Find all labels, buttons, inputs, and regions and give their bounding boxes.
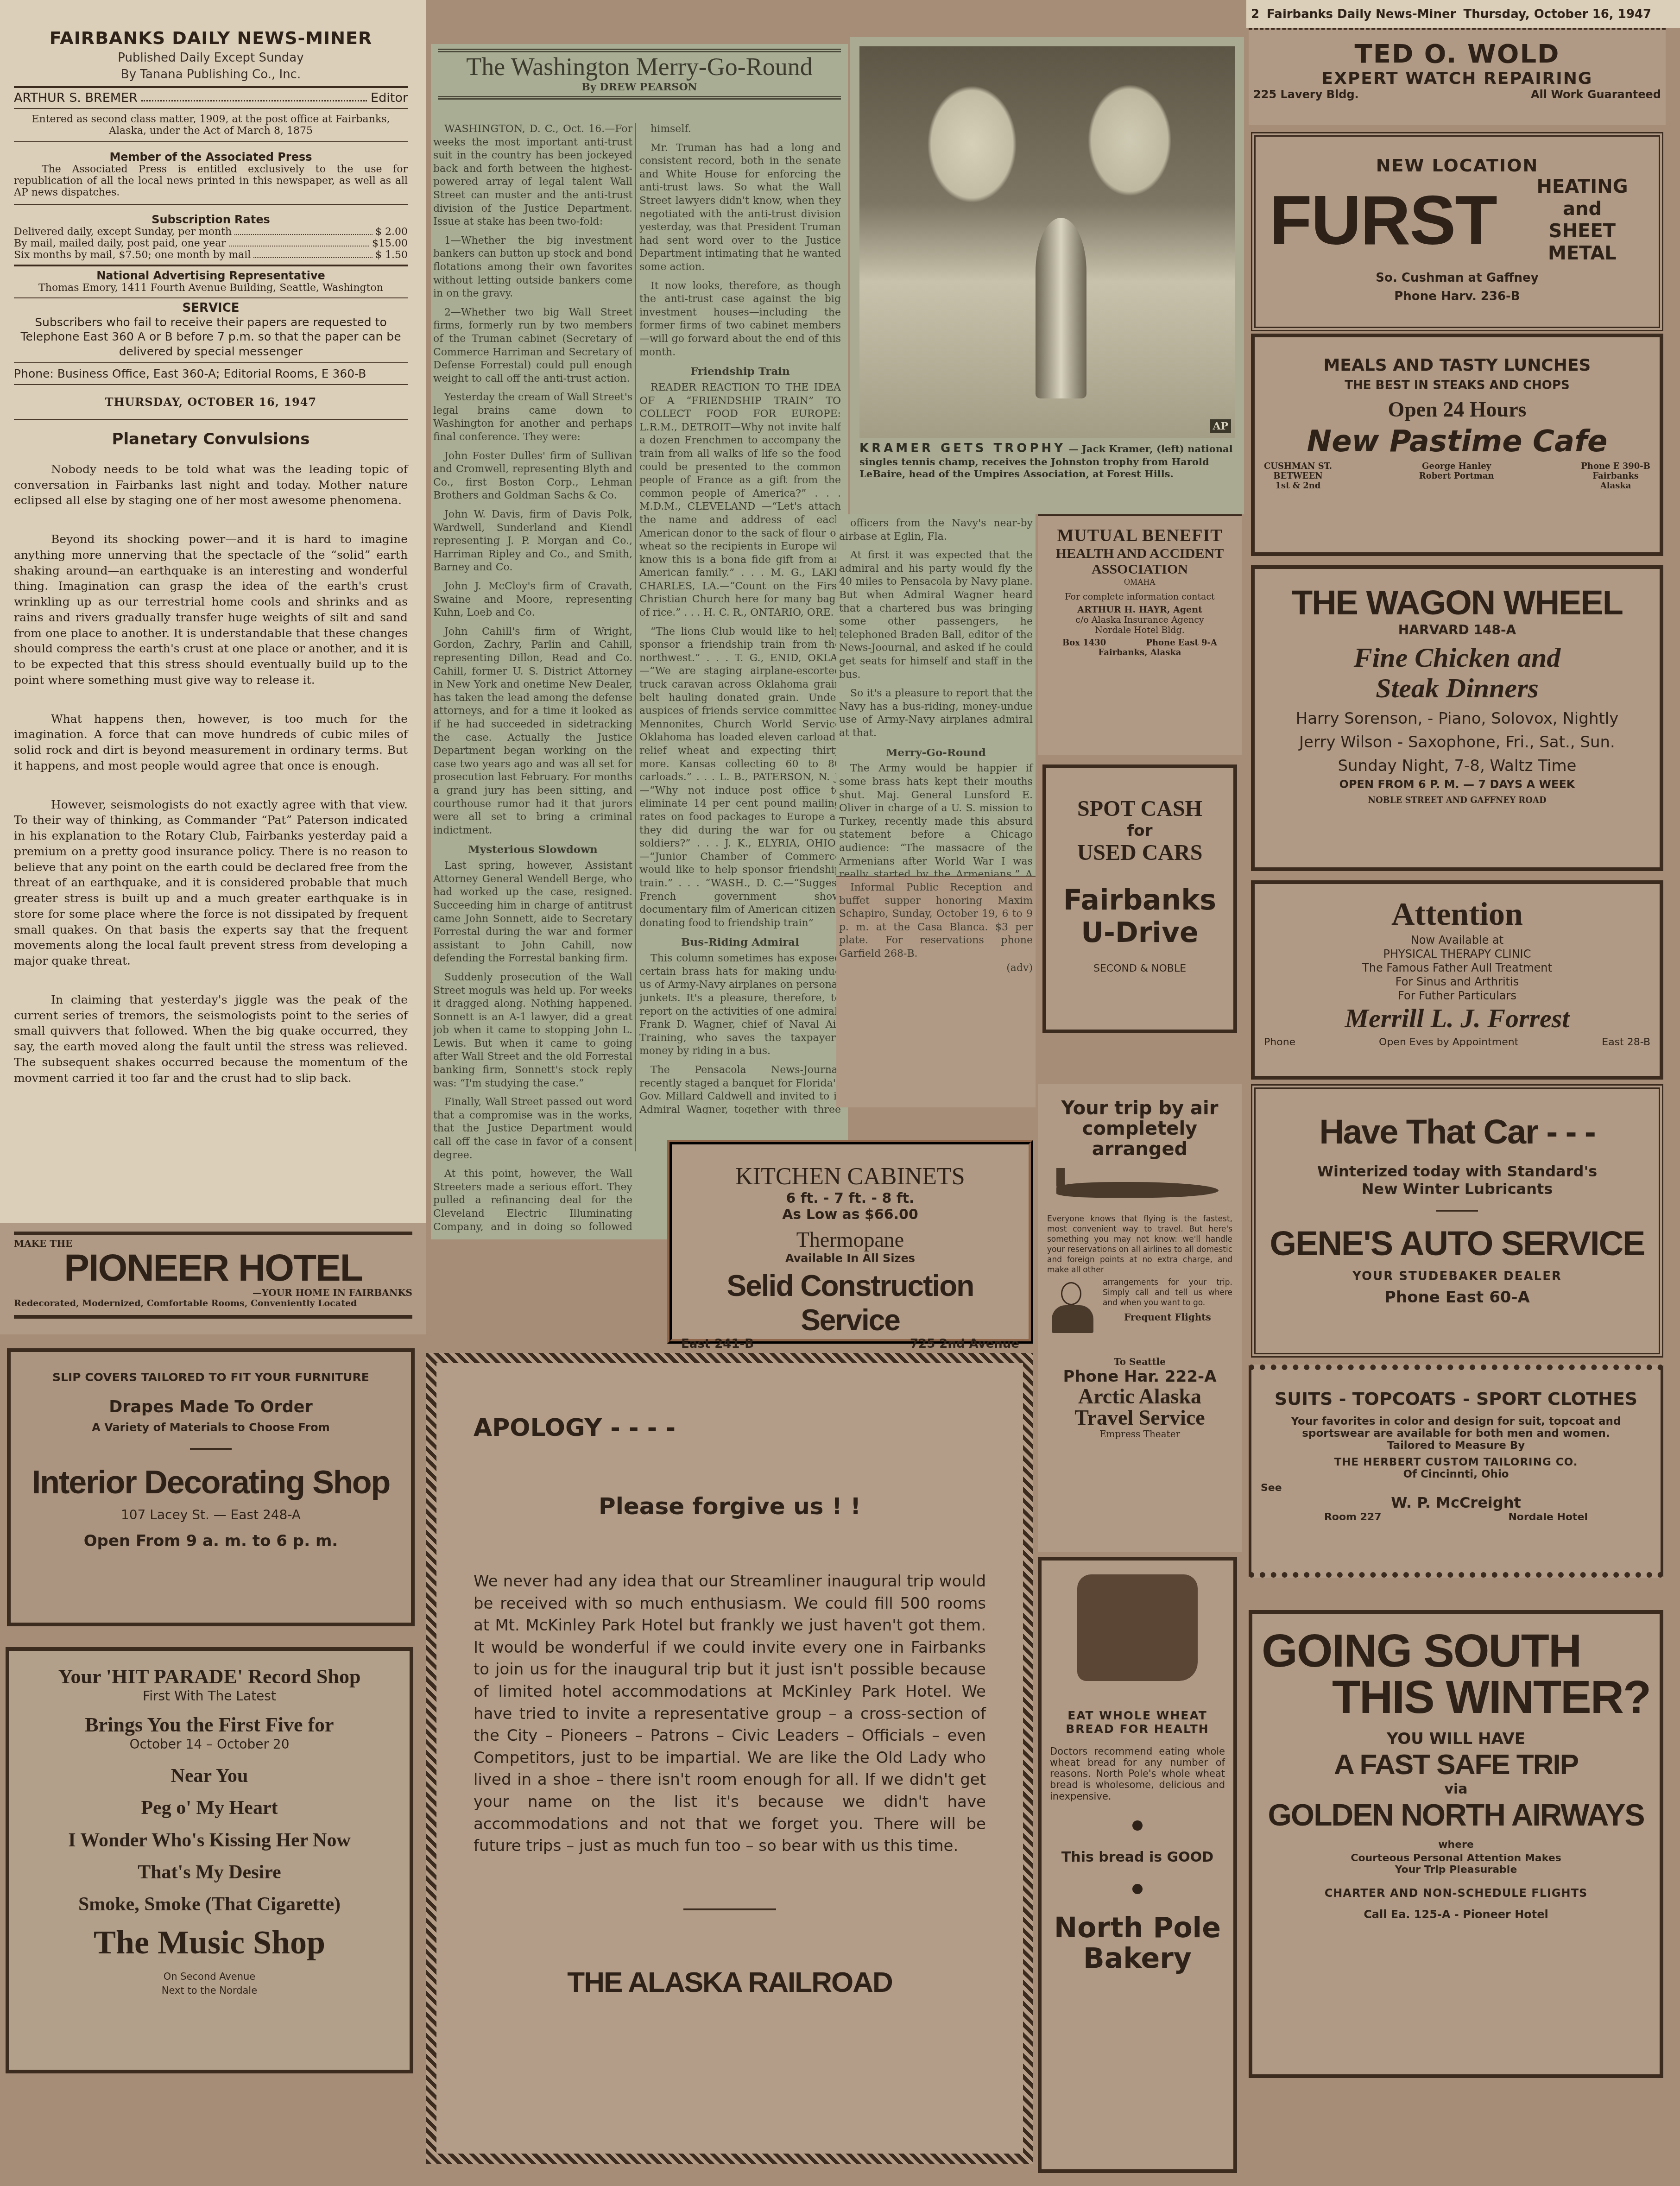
kitchen-sizes: 6 ft. - 7 ft. - 8 ft. (681, 1190, 1019, 1207)
wagon-wheel-phone: HARVARD 148-A (1264, 622, 1650, 638)
attention-line: The Famous Father Aull Treatment (1264, 961, 1650, 975)
arctic-name1: Arctic Alaska (1047, 1386, 1232, 1407)
bakery-name1: North Pole (1050, 1913, 1225, 1943)
mgr-paragraph: The Pensacola News-Journal recently stag… (639, 1064, 841, 1114)
ted-wold-guarantee: All Work Guaranteed (1531, 88, 1661, 101)
golden-line4: A FAST SAFE TRIP (1262, 1748, 1650, 1781)
song-list: Near YouPeg o' My HeartI Wonder Who's Ki… (19, 1760, 400, 1921)
mgr-col-2: himself.Mr. Truman has had a long and co… (639, 123, 841, 1114)
genes-line1: Winterized today with Standard's (1269, 1162, 1645, 1180)
wagon-wheel-tag2: Steak Dinners (1264, 673, 1650, 703)
wagon-wheel-line: Harry Sorenson, - Piano, Solovox, Nightl… (1264, 707, 1650, 731)
wagon-wheel-line: Sunday Night, 7-8, Waltz Time (1264, 754, 1650, 778)
mutual-agent: ARTHUR H. HAYR, Agent (1042, 605, 1237, 615)
music-dates: October 14 – October 20 (19, 1737, 400, 1752)
suits-see: See (1261, 1482, 1651, 1494)
reception-text: Informal Public Reception and buffet sup… (839, 881, 1033, 961)
kitchen-title: KITCHEN CABINETS (681, 1163, 1019, 1190)
arctic-frequent: Frequent Flights (1103, 1312, 1232, 1323)
mutual-name2: HEALTH AND ACCIDENT (1042, 546, 1237, 562)
mutual-box: Box 1430 (1062, 638, 1106, 648)
kitchen-phone: East 241-B (681, 1337, 754, 1351)
nat-adv-text: Thomas Emory, 1411 Fourth Avenue Buildin… (14, 282, 408, 294)
song-title: Near You (19, 1760, 400, 1792)
bread-illustration-icon (1077, 1574, 1198, 1681)
golden-tag: Courteous Personal Attention Makes Your … (1350, 1852, 1563, 1876)
genes-line2: New Winter Lubricants (1269, 1180, 1645, 1198)
editorial-title: Planetary Convulsions (14, 430, 408, 449)
ad-ted-wold: TED O. WOLD EXPERT WATCH REPAIRING 225 L… (1249, 28, 1666, 125)
golden-where: where (1262, 1839, 1650, 1851)
editor-line: ARTHUR S. BREMER Editor (14, 91, 408, 105)
mutual-bldg: Nordale Hotel Bldg. (1042, 625, 1237, 635)
genes-headline: Have That Car - - - (1269, 1112, 1645, 1151)
bullet-icon (1132, 1820, 1143, 1831)
ted-wold-line: EXPERT WATCH REPAIRING (1253, 69, 1661, 88)
bakery-good: This bread is GOOD (1050, 1849, 1225, 1865)
ad-mutual-benefit: MUTUAL BENEFIT HEALTH AND ACCIDENT ASSOC… (1038, 514, 1242, 755)
mgr-paragraph: At this point, however, the Wall Streete… (433, 1168, 632, 1235)
pastime-line1: MEALS AND TASTY LUNCHES (1264, 356, 1650, 375)
service-text: Subscribers who fail to receive their pa… (14, 315, 408, 359)
music-brings: Brings You the First Five for (19, 1713, 400, 1737)
mutual-phone: Phone East 9-A (1146, 638, 1217, 648)
photo-block: AP KRAMER GETS TROPHY — Jack Kramer, (le… (850, 37, 1244, 514)
pastime-contact-line: Phone E 390-B (1581, 461, 1650, 471)
agent-illustration-icon (1047, 1277, 1103, 1347)
arctic-name2: Travel Service (1047, 1407, 1232, 1428)
mgr-title: The Washington Merry-Go-Round (431, 52, 848, 81)
song-title: That's My Desire (19, 1857, 400, 1889)
editor-role: Editor (371, 91, 408, 105)
song-title: Smoke, Smoke (That Cigarette) (19, 1889, 400, 1921)
suits-tailored: Tailored to Measure By (1261, 1440, 1651, 1452)
rate-row: Six months by mail, $7.50; one month by … (14, 249, 408, 261)
ad-kitchen-cabinets: KITCHEN CABINETS 6 ft. - 7 ft. - 8 ft. A… (667, 1140, 1033, 1344)
song-title: Peg o' My Heart (19, 1792, 400, 1824)
editorial-paragraph: Nobody needs to be told what was the lea… (14, 461, 408, 508)
ap-text: The Associated Press is entitled exclusi… (14, 164, 408, 198)
interior-variety: A Variety of Materials to Choose From (20, 1421, 402, 1434)
photo-caption: KRAMER GETS TROPHY — Jack Kramer, (left)… (859, 442, 1235, 480)
editorial-paragraph: In claiming that yesterday's jiggle was … (14, 992, 408, 1086)
service-heading: SERVICE (14, 301, 408, 315)
golden-call: Call Ea. 125-A - Pioneer Hotel (1262, 1908, 1650, 1921)
page-header: 2 Fairbanks Daily News-Miner Thursday, O… (1246, 0, 1680, 28)
udrive-name2: U-Drive (1051, 916, 1229, 949)
mgr-paragraph: Yesterday the cream of Wall Street's leg… (433, 391, 632, 444)
railroad-headline: APOLOGY - - - - (474, 1414, 986, 1442)
photo-headline: KRAMER GETS TROPHY (859, 442, 1066, 455)
rate-row: Delivered daily, except Sunday, per mont… (14, 226, 408, 238)
mgr-subhead-mgr: Merry-Go-Round (839, 746, 1033, 760)
bakery-name2: Bakery (1050, 1943, 1225, 1974)
music-addr2: Next to the Nordale (19, 1985, 400, 1996)
mgr-subhead-friendship: Friendship Train (639, 365, 841, 379)
ad-north-pole-bakery: EAT WHOLE WHEAT BREAD FOR HEALTH Doctors… (1038, 1557, 1237, 2173)
mgr-paragraph: John Foster Dulles' firm of Sullivan and… (433, 450, 632, 503)
mgr-paragraph: At first it was expected that the admira… (839, 549, 1033, 682)
wagon-wheel-hours: OPEN FROM 6 P. M. — 7 DAYS A WEEK (1264, 778, 1650, 791)
mgr-paragraph: This column sometimes has exposed certai… (639, 952, 841, 1058)
attention-line: For Futher Particulars (1264, 989, 1650, 1003)
ad-fairbanks-udrive: SPOT CASH for USED CARS Fairbanks U-Driv… (1042, 764, 1237, 1033)
mgr-paragraph: John W. Davis, firm of Davis Polk, Wardw… (433, 508, 632, 575)
mgr-col-3: officers from the Navy's near-by airbase… (836, 514, 1036, 876)
mgr-paragraph: John Cahill's firm of Wright, Gordon, Za… (433, 625, 632, 838)
mgr-paragraph: 2—Whether two big Wall Street firms, for… (433, 306, 632, 386)
pioneer-desc: Redecorated, Modernized, Comfortable Roo… (14, 1298, 412, 1308)
kitchen-avail: Available In All Sizes (681, 1252, 1019, 1265)
mgr-paragraph: “The lions Club would like to help spons… (639, 625, 841, 930)
pioneer-name: PIONEER HOTEL (14, 1249, 412, 1287)
ad-wagon-wheel: THE WAGON WHEEL HARVARD 148-A Fine Chick… (1251, 565, 1663, 871)
editorial-paragraph: What happens then, however, is too much … (14, 711, 408, 774)
pastime-line2: THE BEST IN STEAKS AND CHOPS (1264, 379, 1650, 392)
railroad-sub: Please forgive us ! ! (474, 1493, 986, 1520)
arctic-headline: Your trip by air completely arranged (1047, 1098, 1232, 1159)
suits-headline: SUITS - TOPCOATS - SPORT CLOTHES (1261, 1389, 1651, 1409)
suits-contact: W. P. McCreight (1261, 1494, 1651, 1511)
music-addr1: On Second Avenue (19, 1971, 400, 1982)
wagon-wheel-line: Jerry Wilson - Saxophone, Fri., Sat., Su… (1264, 731, 1650, 754)
pastime-location-line: 1st & 2nd (1264, 481, 1332, 491)
pastime-location-line: BETWEEN (1264, 471, 1332, 481)
phone-line: Phone: Business Office, East 360-A; Edit… (14, 367, 408, 380)
ad-new-pastime-cafe: MEALS AND TASTY LUNCHES THE BEST IN STEA… (1251, 334, 1663, 556)
attention-name: Merrill L. J. Forrest (1264, 1003, 1650, 1034)
arctic-text2: arrangements for your trip. Simply call … (1103, 1277, 1232, 1308)
attention-line: PHYSICAL THERAPY CLINIC (1264, 947, 1650, 961)
mgr-paragraph: The Army would be happier if some brass … (839, 762, 1033, 876)
ted-wold-address: 225 Lavery Bldg. (1253, 88, 1359, 101)
pastime-contact-line: Alaska (1581, 481, 1650, 491)
attention-line: Now Available at (1264, 933, 1650, 947)
interior-hours: Open From 9 a. m. to 6 p. m. (20, 1532, 402, 1550)
ad-genes-auto-service: Have That Car - - - Winterized today wit… (1251, 1084, 1663, 1358)
mgr-paragraph: 1—Whether the big investment bankers can… (433, 234, 632, 301)
udrive-address: SECOND & NOBLE (1051, 963, 1229, 974)
merry-go-round-column: The Washington Merry-Go-Round By DREW PE… (431, 44, 848, 1239)
kitchen-name: Selid Construction Service (681, 1269, 1019, 1337)
arctic-text1: Everyone knows that flying is the fastes… (1047, 1214, 1232, 1276)
attention-line: For Sinus and Arthritis (1264, 975, 1650, 989)
genes-name: GENE'S AUTO SERVICE (1269, 1224, 1645, 1263)
editorial-paragraph: Beyond its shocking power—and it is hard… (14, 531, 408, 688)
mutual-info: For complete information contact (1042, 592, 1237, 602)
pastime-contact-line: Fairbanks (1581, 471, 1650, 481)
mgr-paragraph: It now looks, therefore, as though the a… (639, 280, 841, 360)
kitchen-product: Thermopane (681, 1227, 1019, 1252)
railroad-signature: THE ALASKA RAILROAD (474, 1966, 986, 1999)
reception-notice: Informal Public Reception and buffet sup… (836, 876, 1036, 1107)
bakery-line1: EAT WHOLE WHEAT (1050, 1709, 1225, 1722)
pastime-name: New Pastime Cafe (1264, 424, 1650, 459)
suits-company: THE HERBERT CUSTOM TAILORING CO. (1261, 1456, 1651, 1468)
mgr-paragraph: Finally, Wall Street passed out word tha… (433, 1096, 632, 1162)
page-paper-name: Fairbanks Daily News-Miner (1267, 7, 1456, 21)
nat-adv-heading: National Advertising Representative (14, 269, 408, 282)
arctic-seattle: To Seattle (1047, 1356, 1232, 1367)
music-sub: First With The Latest (19, 1688, 400, 1704)
mutual-agency: c/o Alaska Insurance Agency (1042, 615, 1237, 625)
bakery-line2: BREAD FOR HEALTH (1050, 1722, 1225, 1736)
arctic-phone: Phone Har. 222-A (1047, 1367, 1232, 1386)
udrive-name1: Fairbanks (1051, 884, 1229, 916)
attention-phone-label: Phone (1264, 1036, 1295, 1048)
ad-attention-clinic: Attention Now Available atPHYSICAL THERA… (1251, 880, 1663, 1080)
interior-address: 107 Lacey St. — East 248-A (20, 1507, 402, 1523)
bullet-icon (1132, 1884, 1143, 1894)
mgr-paragraph: Mr. Truman has had a long and consistent… (639, 142, 841, 274)
suits-hotel: Nordale Hotel (1508, 1511, 1588, 1523)
trophy-icon (1036, 218, 1086, 398)
ad-suits-tailoring: SUITS - TOPCOATS - SPORT CLOTHES Your fa… (1249, 1365, 1663, 1578)
furst-top: NEW LOCATION (1269, 155, 1645, 176)
mutual-city: Fairbanks, Alaska (1042, 648, 1237, 657)
suits-room: Room 227 (1324, 1511, 1382, 1523)
furst-service3: SHEET METAL (1520, 220, 1645, 265)
mgr-paragraph: So it's a pleasure to report that the Na… (839, 687, 1033, 740)
interior-drapes: Drapes Made To Order (20, 1398, 402, 1416)
mutual-name1: MUTUAL BENEFIT (1042, 525, 1237, 546)
wagon-wheel-tag1: Fine Chicken and (1264, 642, 1650, 673)
bakery-text: Doctors recommend eating whole wheat bre… (1050, 1746, 1225, 1802)
genes-dealer: YOUR STUDEBAKER DEALER (1269, 1270, 1645, 1283)
rate-row: By mail, mailed daily, post paid, one ye… (14, 238, 408, 249)
masthead-title: FAIRBANKS DAILY NEWS-MINER (14, 28, 408, 48)
editorial-body: Nobody needs to be told what was the lea… (14, 461, 408, 1086)
mgr-paragraph: WASHINGTON, D. C., Oct. 16.—For weeks th… (433, 123, 632, 229)
masthead-publisher: By Tanana Publishing Co., Inc. (14, 68, 408, 82)
suits-text: Your favorites in color and design for s… (1261, 1415, 1651, 1440)
genes-phone: Phone East 60-A (1269, 1288, 1645, 1307)
golden-line1: GOING SOUTH (1262, 1628, 1650, 1674)
interior-top: SLIP COVERS TAILORED TO FIT YOUR FURNITU… (20, 1371, 402, 1384)
mgr-paragraph: officers from the Navy's near-by airbase… (839, 517, 1033, 543)
kramer-trophy-photo: AP (859, 46, 1235, 438)
rates-list: Delivered daily, except Sunday, per mont… (14, 226, 408, 261)
udrive-line2: for (1051, 821, 1229, 840)
udrive-line3: USED CARS (1051, 840, 1229, 866)
furst-service2: and (1520, 198, 1645, 220)
page-number: 2 (1251, 7, 1259, 21)
masthead-published: Published Daily Except Sunday (14, 51, 408, 65)
reception-adv: (adv) (839, 962, 1033, 975)
attention-title: Attention (1264, 896, 1650, 933)
furst-service1: HEATING (1520, 176, 1645, 198)
ad-music-shop: Your 'HIT PARADE' Record Shop First With… (6, 1647, 413, 2073)
interior-name: Interior Decorating Shop (20, 1464, 402, 1501)
song-title: I Wonder Who's Kissing Her Now (19, 1825, 400, 1857)
pastime-owner: Robert Portman (1419, 471, 1494, 481)
photo-credit: AP (1210, 419, 1231, 433)
mgr-paragraph: Suddenly prosecution of the Wall Street … (433, 971, 632, 1090)
ad-pioneer-hotel: MAKE THE PIONEER HOTEL —YOUR HOME IN FAI… (0, 1223, 426, 1334)
kitchen-price: As Low as $66.00 (681, 1207, 1019, 1223)
music-headline: Your 'HIT PARADE' Record Shop (19, 1665, 400, 1688)
golden-via: via (1262, 1781, 1650, 1797)
mgr-subhead-admiral: Bus-Riding Admiral (639, 935, 841, 949)
pastime-owner: George Hanley (1419, 461, 1494, 471)
mgr-byline: By DREW PEARSON (431, 81, 848, 93)
kitchen-address: 725 2nd Avenue (910, 1337, 1019, 1351)
mgr-paragraph: READER REACTION TO THE IDEA OF A “FRIEND… (639, 381, 841, 620)
arctic-location: Empress Theater (1047, 1428, 1232, 1440)
mgr-col-1: WASHINGTON, D. C., Oct. 16.—For weeks th… (433, 123, 632, 1235)
editorial-paragraph: However, seismologists do not exactly ag… (14, 797, 408, 969)
editor-name: ARTHUR S. BREMER (14, 91, 138, 105)
golden-flights: CHARTER AND NON-SCHEDULE FLIGHTS (1262, 1887, 1650, 1900)
furst-address: So. Cushman at Gaffney (1269, 271, 1645, 285)
ad-furst-heating: NEW LOCATION FURST HEATING and SHEET MET… (1251, 132, 1663, 331)
suits-city: Of Cincinnti, Ohio (1261, 1468, 1651, 1480)
mgr-paragraph: himself. (639, 123, 841, 136)
golden-line2: THIS WINTER? (1262, 1674, 1650, 1720)
railroad-body: We never had any idea that our Streamlin… (474, 1571, 986, 1857)
ad-arctic-alaska-travel: Your trip by air completely arranged Eve… (1038, 1084, 1242, 1552)
furst-name: FURST (1269, 185, 1497, 255)
dateline: THURSDAY, OCTOBER 16, 1947 (14, 395, 408, 409)
airplane-icon (1047, 1166, 1232, 1207)
udrive-line1: SPOT CASH (1051, 796, 1229, 821)
entered-notice: Entered as second class matter, 1909, at… (14, 114, 408, 137)
rates-heading: Subscription Rates (14, 213, 408, 226)
mgr-paragraph: Last spring, however, Assistant Attorney… (433, 859, 632, 966)
mgr-subhead-slowdown: Mysterious Slowdown (433, 843, 632, 857)
furst-phone: Phone Harv. 236-B (1269, 290, 1645, 303)
mgr-paragraph: John J. McCloy's firm of Cravath, Swaine… (433, 580, 632, 620)
ted-wold-name: TED O. WOLD (1253, 39, 1661, 69)
wagon-wheel-address: NOBLE STREET AND GAFFNEY ROAD (1264, 796, 1650, 805)
wagon-wheel-name: THE WAGON WHEEL (1264, 583, 1650, 622)
pastime-location-line: CUSHMAN ST. (1264, 461, 1332, 471)
mutual-name4: OMAHA (1042, 577, 1237, 587)
ap-heading: Member of the Associated Press (14, 151, 408, 164)
ad-interior-decorating: SLIP COVERS TAILORED TO FIT YOUR FURNITU… (7, 1348, 415, 1626)
golden-name: GOLDEN NORTH AIRWAYS (1262, 1797, 1650, 1832)
attention-phone: East 28-B (1602, 1036, 1650, 1048)
pastime-hours: Open 24 Hours (1264, 397, 1650, 422)
masthead-panel: FAIRBANKS DAILY NEWS-MINER Published Dai… (0, 0, 426, 1223)
ad-alaska-railroad-apology: APOLOGY - - - - Please forgive us ! ! We… (426, 1353, 1033, 2164)
attention-hours: Open Eves by Appointment (1379, 1036, 1518, 1048)
mutual-name3: ASSOCIATION (1042, 562, 1237, 577)
ad-golden-north-airways: GOING SOUTH THIS WINTER? YOU WILL HAVE A… (1249, 1610, 1663, 2078)
golden-line3: YOU WILL HAVE (1262, 1730, 1650, 1748)
music-name: The Music Shop (19, 1923, 400, 1962)
page-date: Thursday, October 16, 1947 (1463, 7, 1651, 21)
